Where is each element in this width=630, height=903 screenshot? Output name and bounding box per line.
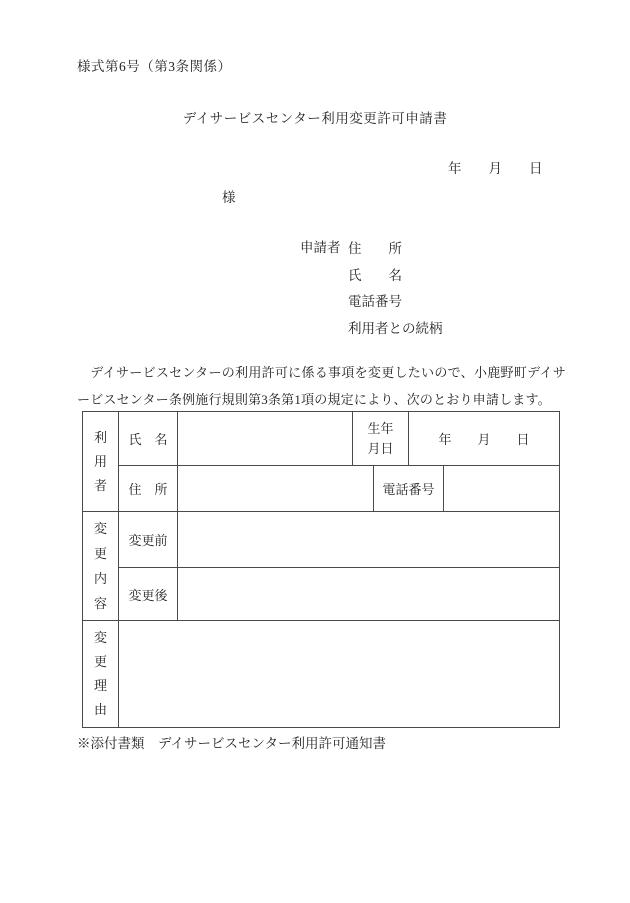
application-form-page: 様式第6号（第3条関係） デイサービスセンター利用変更許可申請書 年 月 日 様… — [0, 0, 630, 903]
applicant-fields: 住 所 氏 名 電話番号 利用者との続柄 — [348, 236, 443, 342]
table-address-label-cell: 住 所 — [119, 466, 178, 512]
table-user-section-label-cell: 利用者 — [83, 412, 119, 512]
applicant-address-label: 住 所 — [348, 236, 443, 263]
table-name-label-cell: 氏 名 — [119, 412, 178, 466]
applicant-relationship-label: 利用者との続柄 — [348, 316, 443, 343]
submission-date-line: 年 月 日 — [448, 157, 543, 177]
after-change-label: 変更後 — [128, 585, 167, 604]
reason-section-label: 変更理由 — [93, 626, 107, 722]
body-paragraph: デイサービスセンターの利用許可に係る事項を変更したいので、小鹿野町デイサービスセ… — [77, 359, 566, 413]
table-address-value-cell[interactable] — [178, 466, 374, 512]
table-reason-label-cell: 変更理由 — [83, 621, 119, 727]
page-title: デイサービスセンター利用変更許可申請書 — [0, 107, 630, 127]
table-birth-label-cell: 生年月日 — [353, 412, 409, 466]
table-phone-label-cell: 電話番号 — [374, 466, 444, 512]
addressee-suffix: 様 — [222, 186, 236, 206]
application-table: 利用者 氏 名 生年月日 年 月 日 住 所 電話番号 変更内容 変更前 — [82, 411, 560, 728]
name-label: 氏 名 — [128, 429, 167, 448]
table-name-value-cell[interactable] — [178, 412, 353, 466]
table-before-label-cell: 変更前 — [119, 512, 178, 568]
form-number: 様式第6号（第3条関係） — [77, 55, 232, 75]
table-phone-value-cell[interactable] — [444, 466, 559, 512]
table-after-value-cell[interactable] — [178, 568, 559, 621]
applicant-name-label: 氏 名 — [348, 263, 443, 290]
table-before-value-cell[interactable] — [178, 512, 559, 568]
table-change-section-label-cell: 変更内容 — [83, 512, 119, 621]
change-section-label: 変更内容 — [93, 516, 107, 616]
applicant-label: 申請者 — [300, 236, 341, 256]
table-after-label-cell: 変更後 — [119, 568, 178, 621]
attachment-note: ※添付書類 デイサービスセンター利用許可通知書 — [77, 732, 386, 752]
table-birth-value-cell[interactable]: 年 月 日 — [409, 412, 559, 466]
phone-label: 電話番号 — [382, 479, 434, 498]
address-label: 住 所 — [128, 479, 167, 498]
birth-date-placeholder: 年 月 日 — [438, 429, 529, 448]
user-section-label: 利用者 — [93, 426, 107, 498]
birth-label: 生年月日 — [366, 419, 395, 459]
before-change-label: 変更前 — [128, 530, 167, 549]
applicant-block: 申請者 住 所 氏 名 電話番号 利用者との続柄 — [300, 236, 560, 346]
table-reason-value-cell[interactable] — [119, 621, 559, 727]
applicant-phone-label: 電話番号 — [348, 289, 443, 316]
